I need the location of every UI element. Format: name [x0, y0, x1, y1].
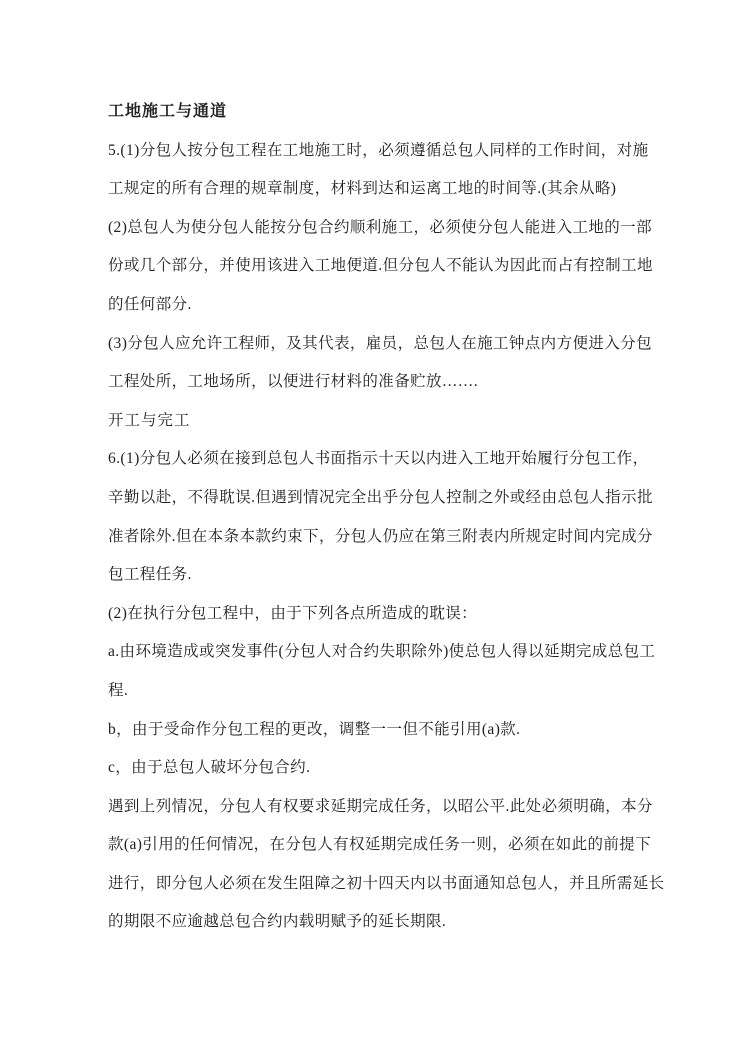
section-heading: 开工与完工 — [0, 402, 744, 441]
text-line: b，由于受命作分包工程的更改，调整一一但不能引用(a)款. — [0, 711, 744, 750]
text-line: 6.(1)分包人必须在接到总包人书面指示十天以内进入工地开始履行分包工作， — [0, 440, 744, 479]
text-line: (3)分包人应允许工程师，及其代表，雇员，总包人在施工钟点内方便进入分包 — [0, 325, 744, 364]
text-line: 的任何部分. — [0, 286, 744, 325]
text-line: 工规定的所有合理的规章制度，材料到达和运离工地的时间等.(其余从略) — [0, 170, 744, 209]
text-line: (2)总包人为使分包人能按分包合约顺利施工，必须使分包人能进入工地的一部 — [0, 209, 744, 248]
text-line: (2)在执行分包工程中，由于下列各点所造成的耽误： — [0, 595, 744, 634]
text-line: 份或几个部分，并使用该进入工地便道.但分包人不能认为因此而占有控制工地 — [0, 247, 744, 286]
document-body: 工地施工与通道5.(1)分包人按分包工程在工地施工时，必须遵循总包人同样的工作时… — [0, 93, 744, 942]
text-line: 程. — [0, 672, 744, 711]
text-line: 款(a)引用的任何情况，在分包人有权延期完成任务一则，必须在如此的前提下 — [0, 826, 744, 865]
section-heading-bold: 工地施工与通道 — [0, 93, 744, 132]
text-line: 进行，即分包人必须在发生阻障之初十四天内以书面通知总包人，并且所需延长 — [0, 865, 744, 904]
text-line: 的期限不应逾越总包合约内载明赋予的延长期限. — [0, 903, 744, 942]
text-line: 5.(1)分包人按分包工程在工地施工时，必须遵循总包人同样的工作时间，对施 — [0, 132, 744, 171]
text-line: 辛勤以赴，不得耽误.但遇到情况完全出乎分包人控制之外或经由总包人指示批 — [0, 479, 744, 518]
text-line: 遇到上列情况，分包人有权要求延期完成任务，以昭公平.此处必须明确，本分 — [0, 788, 744, 827]
text-line: a.由环境造成或突发事件(分包人对合约失职除外)使总包人得以延期完成总包工 — [0, 633, 744, 672]
text-line: 准者除外.但在本条本款约束下，分包人仍应在第三附表内所规定时间内完成分 — [0, 518, 744, 557]
text-line: 工程处所，工地场所，以便进行材料的准备贮放……. — [0, 363, 744, 402]
text-line: c，由于总包人破坏分包合约. — [0, 749, 744, 788]
text-line: 包工程任务. — [0, 556, 744, 595]
document-page: 工地施工与通道5.(1)分包人按分包工程在工地施工时，必须遵循总包人同样的工作时… — [0, 0, 744, 1052]
